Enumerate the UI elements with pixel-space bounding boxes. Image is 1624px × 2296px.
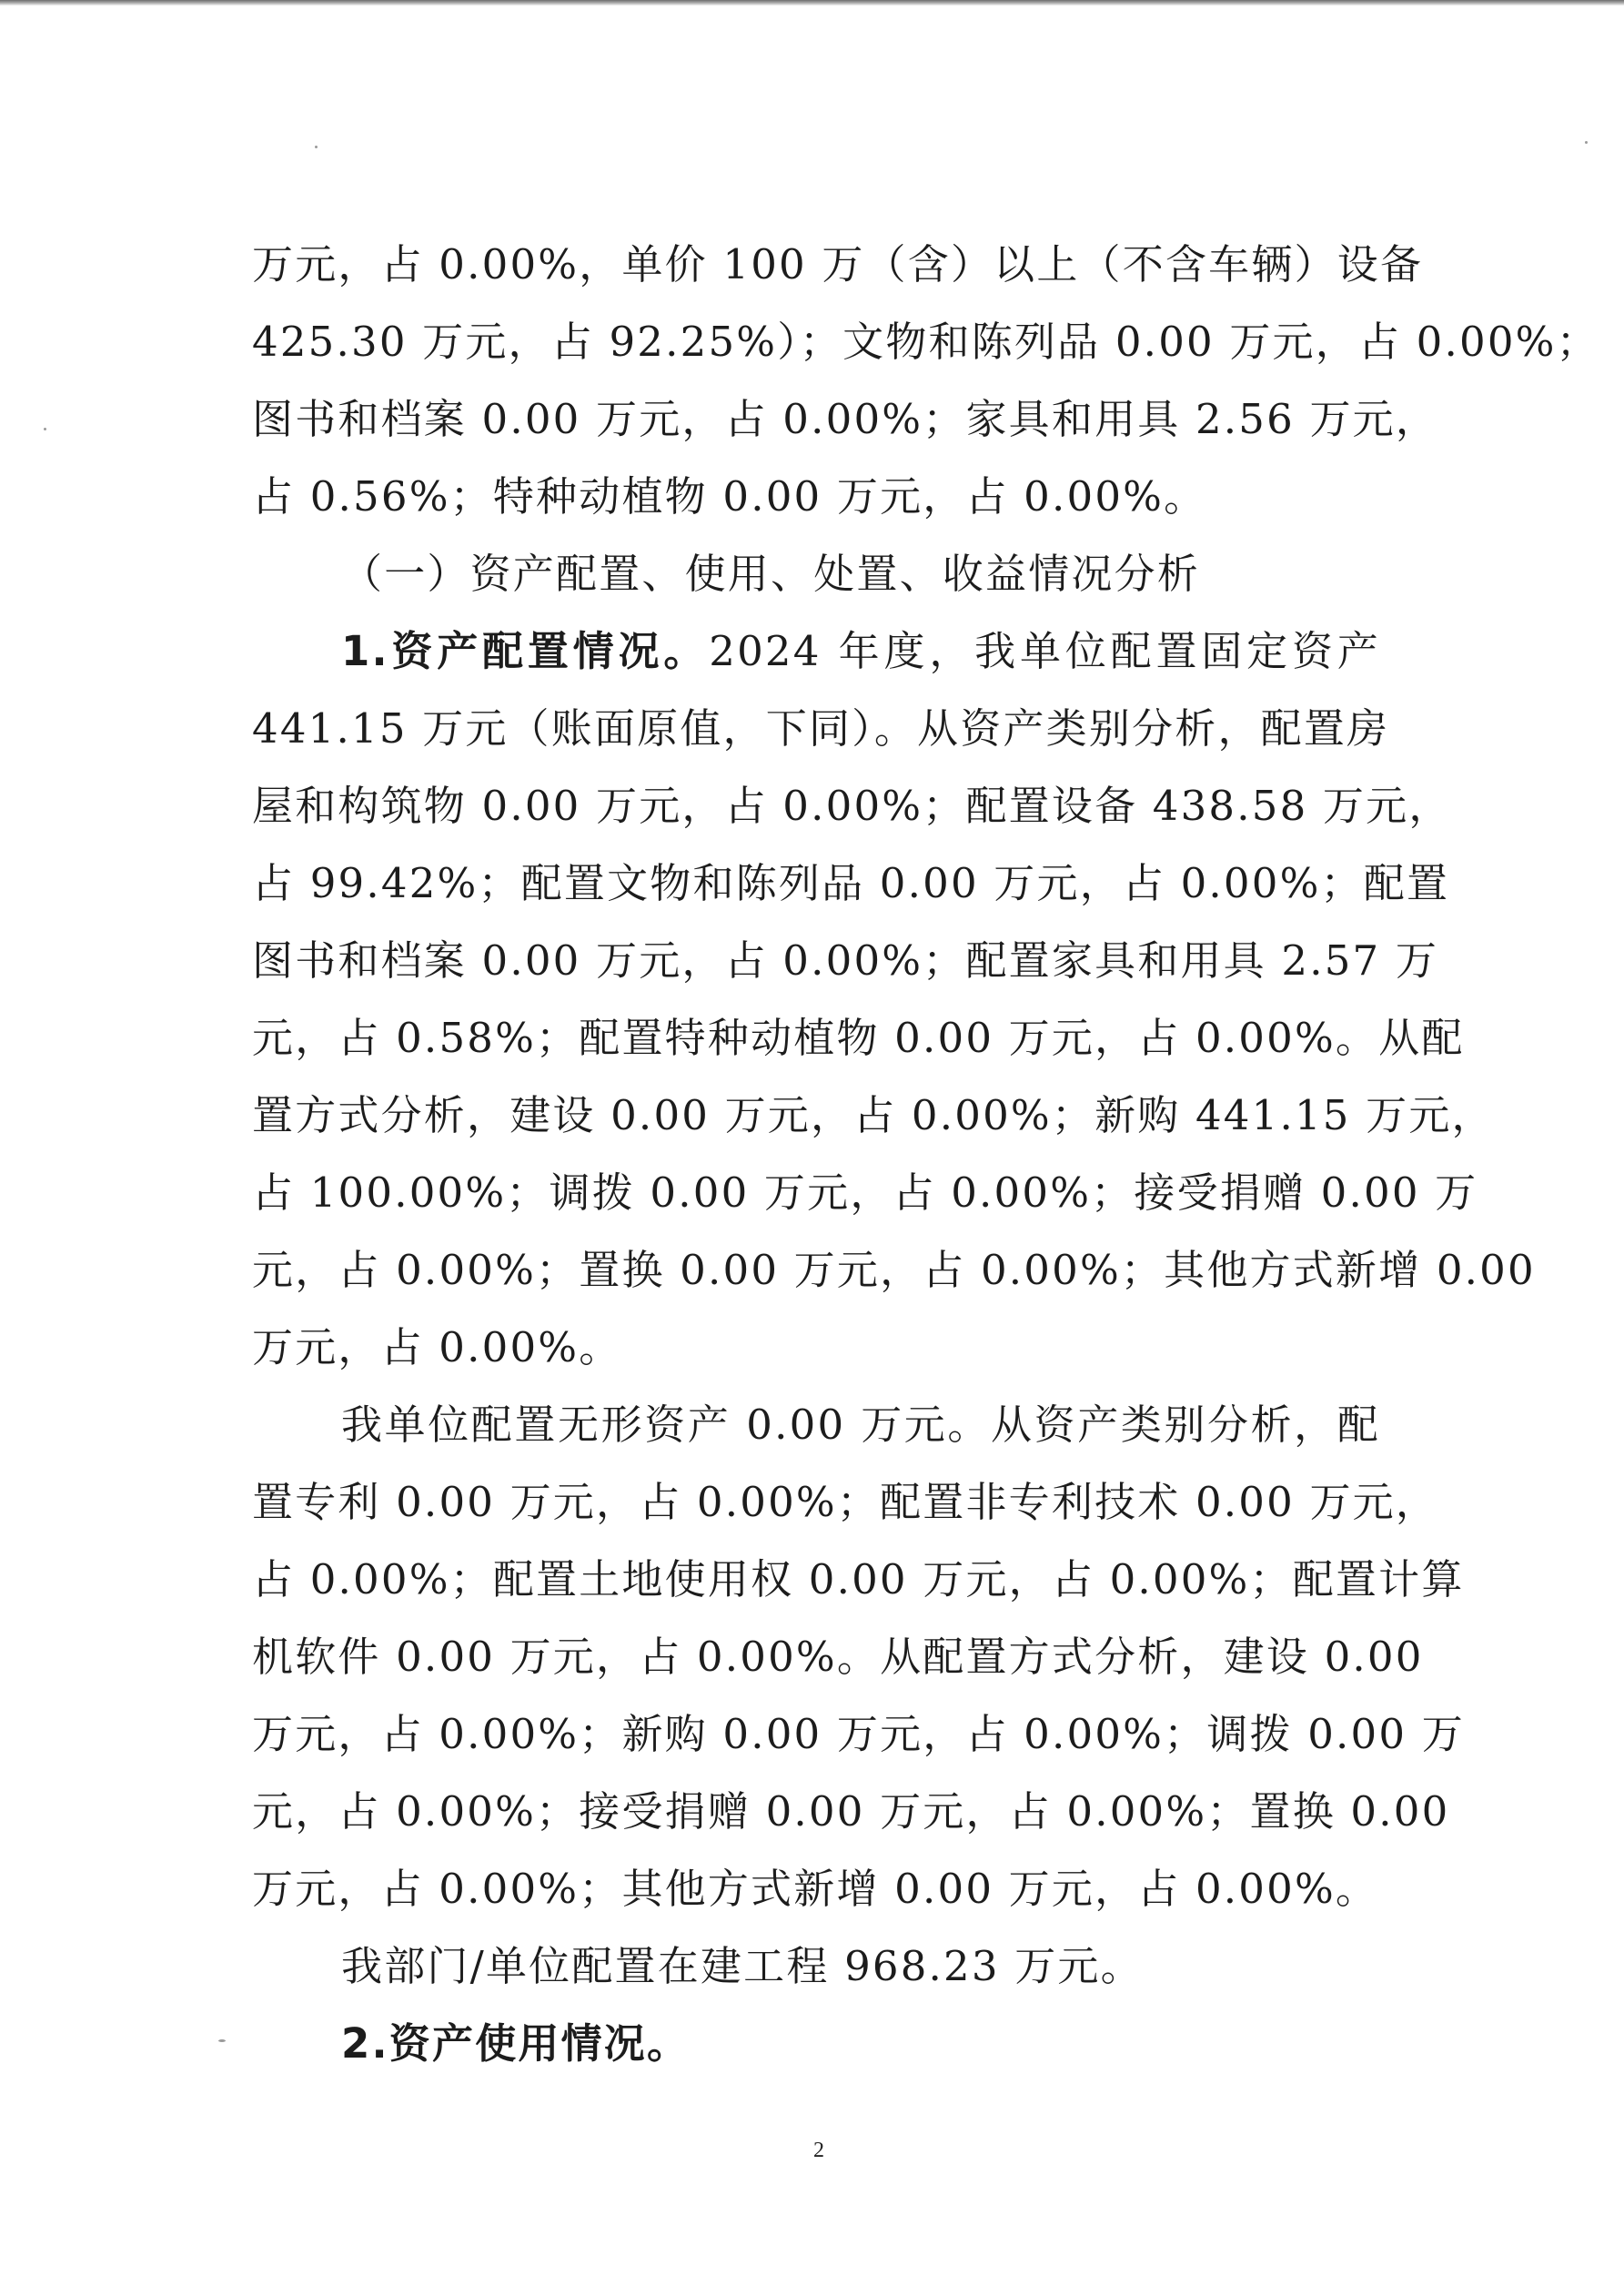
text-line: 元，占 0.00%；置换 0.00 万元，占 0.00%；其他方式新增 0.00 xyxy=(252,1231,1380,1309)
text-line: 万元，占 0.00%；其他方式新增 0.00 万元，占 0.00%。 xyxy=(252,1850,1380,1927)
text-line: 441.15 万元（账面原值，下同）。从资产类别分析，配置房 xyxy=(252,690,1380,767)
text-line: 万元，占 0.00%；新购 0.00 万元，占 0.00%；调拨 0.00 万 xyxy=(252,1695,1380,1773)
text-run: 2024 年度，我单位配置固定资产 xyxy=(709,627,1380,675)
section-heading: （一）资产配置、使用、处置、收益情况分析 xyxy=(252,535,1380,612)
page-number: 2 xyxy=(808,2139,830,2163)
text-line: 图书和档案 0.00 万元，占 0.00%；家具和用具 2.56 万元， xyxy=(252,380,1380,458)
text-line: 1.资产配置情况。2024 年度，我单位配置固定资产 xyxy=(252,612,1380,690)
scan-speck xyxy=(315,146,318,148)
text-line: 机软件 0.00 万元，占 0.00%。从配置方式分析，建设 0.00 xyxy=(252,1618,1380,1695)
subsection-heading-2: 2.资产使用情况。 xyxy=(252,2005,1380,2082)
text-line: 占 99.42%；配置文物和陈列品 0.00 万元，占 0.00%；配置 xyxy=(252,845,1380,922)
text-line: 元，占 0.58%；配置特种动植物 0.00 万元，占 0.00%。从配 xyxy=(252,999,1380,1077)
scan-speck xyxy=(218,2039,226,2042)
text-line: 占 100.00%；调拨 0.00 万元，占 0.00%；接受捐赠 0.00 万 xyxy=(252,1154,1380,1231)
text-line: 占 0.00%；配置土地使用权 0.00 万元，占 0.00%；配置计算 xyxy=(252,1541,1380,1618)
continuation-paragraph: 万元，占 0.00%，单价 100 万（含）以上（不含车辆）设备 425.30 … xyxy=(252,226,1380,535)
scan-edge-shadow xyxy=(0,0,1624,5)
text-line: 图书和档案 0.00 万元，占 0.00%；配置家具和用具 2.57 万 xyxy=(252,922,1380,999)
text-line: 万元，占 0.00%。 xyxy=(252,1309,1380,1386)
scan-speck xyxy=(1585,141,1588,144)
construction-in-progress-paragraph: 我部门/单位配置在建工程 968.23 万元。 xyxy=(252,1927,1380,2005)
document-body: 万元，占 0.00%，单价 100 万（含）以上（不含车辆）设备 425.30 … xyxy=(252,226,1380,2082)
text-line: 425.30 万元，占 92.25%）；文物和陈列品 0.00 万元，占 0.0… xyxy=(252,303,1380,380)
scan-speck xyxy=(44,428,46,430)
fixed-assets-paragraph: 1.资产配置情况。2024 年度，我单位配置固定资产 441.15 万元（账面原… xyxy=(252,612,1380,1386)
text-line: 万元，占 0.00%，单价 100 万（含）以上（不含车辆）设备 xyxy=(252,226,1380,303)
text-line: 屋和构筑物 0.00 万元，占 0.00%；配置设备 438.58 万元， xyxy=(252,767,1380,845)
subsection-heading-1: 1.资产配置情况。 xyxy=(341,627,709,675)
text-line: 置方式分析，建设 0.00 万元，占 0.00%；新购 441.15 万元， xyxy=(252,1077,1380,1154)
text-line: 我单位配置无形资产 0.00 万元。从资产类别分析，配 xyxy=(252,1386,1380,1463)
text-line: 元，占 0.00%；接受捐赠 0.00 万元，占 0.00%；置换 0.00 xyxy=(252,1773,1380,1850)
intangible-assets-paragraph: 我单位配置无形资产 0.00 万元。从资产类别分析，配 置专利 0.00 万元，… xyxy=(252,1386,1380,1927)
text-line: 占 0.56%；特种动植物 0.00 万元，占 0.00%。 xyxy=(252,458,1380,535)
text-line: 置专利 0.00 万元，占 0.00%；配置非专利技术 0.00 万元， xyxy=(252,1463,1380,1541)
